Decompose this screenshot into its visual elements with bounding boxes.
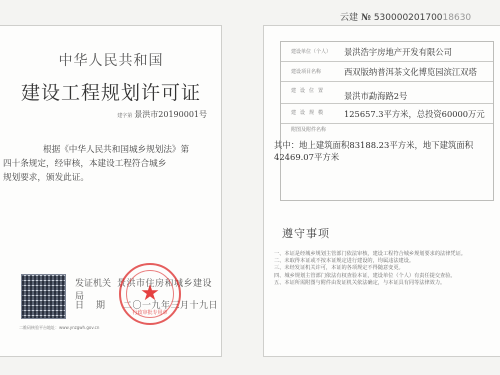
right-certificate-page: 建设单位（个人） 景洪浩宇房地产开发有限公司 建设项目名称 西双版纳普洱茶文化博… — [263, 25, 500, 357]
certificate-number-label: 建字第 — [117, 113, 132, 119]
left-certificate-page: 中华人民共和国 建设工程规划许可证 建字第景洪市20190001号 根据《中华人… — [0, 25, 222, 357]
project-info-table: 建设单位（个人） 景洪浩宇房地产开发有限公司 建设项目名称 西双版纳普洱茶文化博… — [280, 41, 494, 201]
body-line-1: 根据《中华人民共和国城乡规划法》第 — [3, 143, 209, 157]
certificate-number: 建字第景洪市20190001号 — [117, 109, 207, 120]
table-row: 建设项目名称 西双版纳普洱茶文化博览园滨江双塔 — [281, 61, 493, 82]
serial-prefix: 云建 — [340, 13, 358, 23]
certificate-title: 建设工程规划许可证 — [0, 78, 223, 105]
issuer-label: 发证机关 — [75, 279, 111, 289]
attachments-label: 附图及附件名称 — [291, 126, 326, 133]
row-label: 建设项目名称 — [291, 68, 321, 75]
body-line-2: 四十条规定，经审核，本建设工程符合城乡 — [3, 157, 209, 171]
notice-title: 遵守事项 — [282, 225, 330, 241]
official-seal: ★ 行政审批专用章 — [119, 263, 181, 325]
row-value: 西双版纳普洱茶文化博览园滨江双塔 — [344, 66, 477, 78]
table-row: 建设位置 景洪市勐海路2号 — [281, 81, 493, 104]
row-label: 建设规模 — [291, 109, 327, 116]
certificate-number-value: 景洪市20190001号 — [134, 110, 207, 119]
notice-list: 一、本证是经城乡规划主管部门依法审核，建设工程符合城乡规划要求的法律凭证。 二、… — [274, 251, 496, 287]
serial-number-dark: 530000201700 — [374, 13, 443, 23]
country-name: 中华人民共和国 — [0, 50, 223, 70]
qr-caption: 二维码核验平台地址：www.ynzgwh.gov.cn — [19, 325, 99, 331]
body-line-3: 规划要求，颁发此证。 — [3, 171, 209, 185]
date-label: 日期 — [75, 301, 117, 311]
serial-number-light: 18630 — [443, 13, 472, 23]
attachments-text: 其中：地上建筑面积83188.23平方米，地下建筑面积42469.07平方米 — [274, 139, 489, 163]
notice-item: 四、城乡规划主管部门依法有权查验本证，建设单位（个人）有责任提交查验。 — [274, 273, 496, 280]
table-row: 建设单位（个人） 景洪浩宇房地产开发有限公司 — [281, 42, 493, 62]
notice-item: 五、本证所需附图与附件由发证机关依法确定，与本证具有同等法律效力。 — [274, 280, 496, 287]
seal-text: 行政审批专用章 — [121, 309, 179, 316]
row-value: 景洪市勐海路2号 — [344, 90, 407, 102]
row-label: 建设位置 — [291, 87, 327, 94]
table-row: 建设规模 125657.3平方米，总投资60000万元 — [281, 103, 493, 124]
qr-code — [21, 274, 66, 319]
row-value: 125657.3平方米，总投资60000万元 — [344, 108, 485, 120]
serial-number: 云建№53000020170018630 — [340, 10, 471, 23]
serial-no-mark: № — [361, 13, 371, 23]
seal-star-icon: ★ — [121, 281, 179, 306]
notice-item: 三、未经发证机关许可，本证的各项规定不得随意变更。 — [274, 265, 496, 272]
certificate-body-text: 根据《中华人民共和国城乡规划法》第 四十条规定，经审核，本建设工程符合城乡 规划… — [3, 143, 209, 185]
row-value: 景洪浩宇房地产开发有限公司 — [344, 46, 452, 58]
row-label: 建设单位（个人） — [291, 48, 331, 55]
